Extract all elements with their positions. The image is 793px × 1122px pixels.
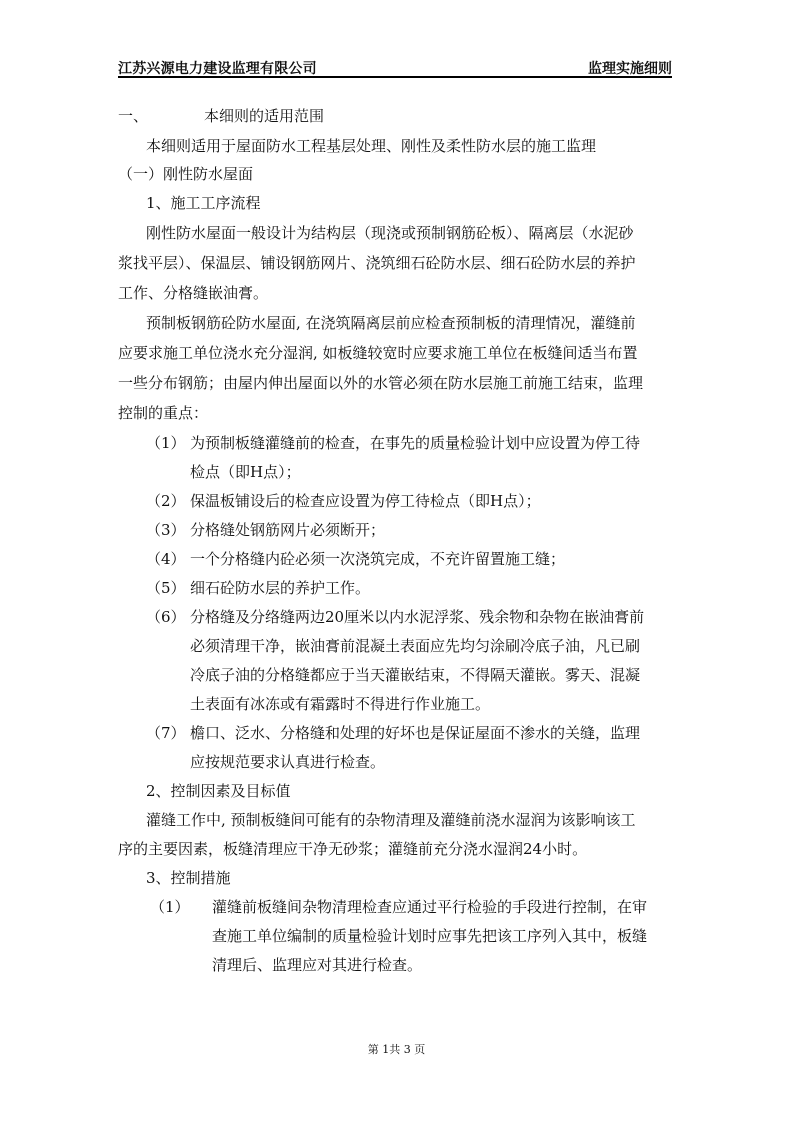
paragraph-line: 一些分布钢筋；由屋内伸出屋面以外的水管必须在防水层施工前施工结束，监理 [118,373,643,393]
paragraph-line: 预制板钢筋砼防水屋面, 在浇筑隔离层前应检查预制板的清理情况，灌缝前 [146,313,636,333]
list-number: （5） [146,578,186,598]
paragraph-line: 刚性防水屋面一般设计为结构层（现浇或预制钢筋砼板）、隔离层（水泥砂 [146,223,634,243]
paragraph-line: 浆找平层）、保温层、铺设钢筋网片、浇筑细石砼防水层、细石砼防水层的养护 [118,253,636,273]
list-item-line: 檐口、泛水、分格缝和处理的好坏也是保证屋面不渗水的关缝，监理 [190,723,640,743]
list-item-line: 一个分格缝内砼必须一次浇筑完成，不充许留置施工缝； [190,549,565,569]
list-item-line: 分格缝处钢筋网片必须断开； [190,520,385,540]
page-number: 第 1共 3 页 [0,1041,793,1057]
list-item-line: 应按规范要求认真进行检查。 [190,752,385,772]
heading-3: 3、控制措施 [146,868,231,888]
list-number: （6） [146,607,186,627]
document-type: 监理实施细则 [588,58,672,78]
paragraph-line: 序的主要因素，板缝清理应干净无砂浆；灌缝前充分浇水湿润24小时。 [118,839,587,859]
measure-line: 灌缝前板缝间杂物清理检查应通过平行检验的手段进行控制，在审 [212,897,647,917]
list-item-line: 冷底子油的分格缝都应于当天灌嵌结束，不得隔天灌嵌。雾天、混凝 [190,665,640,685]
list-item-line: 检点（即H点）； [190,462,301,482]
paragraph-line: 控制的重点： [118,403,208,423]
list-item-line: 保温板铺设后的检查应设置为停工待检点（即H点）； [190,491,541,511]
list-number: （7） [146,723,186,743]
list-number: （3） [146,520,186,540]
subsection-title: （一）刚性防水屋面 [118,164,253,184]
heading-1: 1、施工工序流程 [146,193,261,213]
list-item-line: 为预制板缝灌缝前的检查，在事先的质量检验计划中应设置为停工待 [190,433,640,453]
list-item-line: 必须清理干净，嵌油膏前混凝土表面应先均匀涂刷冷底子油，凡已刷 [190,636,640,656]
section-title: 本细则的适用范围 [204,106,324,126]
list-number: （2） [146,491,186,511]
section-number: 一、 [118,106,148,126]
list-item-line: 细石砼防水层的养护工作。 [190,578,370,598]
list-item-line: 土表面有冰冻或有霜露时不得进行作业施工。 [190,694,490,714]
heading-2: 2、控制因素及目标值 [146,781,291,801]
measure-line: 查施工单位编制的质量检验计划时应事先把该工序列入其中，板缝 [212,926,647,946]
paragraph-line: 应要求施工单位浇水充分湿润, 如板缝较宽时应要求施工单位在板缝间适当布置 [118,343,638,363]
list-number: （4） [146,549,186,569]
paragraph-line: 灌缝工作中, 预制板缝间可能有的杂物清理及灌缝前浇水湿润为该影响该工 [146,810,636,830]
list-item-line: 分格缝及分络缝两边20厘米以内水泥浮浆、残余物和杂物在嵌油膏前 [190,607,644,627]
company-name: 江苏兴源电力建设监理有限公司 [118,58,317,78]
list-number: （1） [146,433,186,453]
page-header: 江苏兴源电力建设监理有限公司 监理实施细则 [118,58,672,78]
scope-paragraph: 本细则适用于屋面防水工程基层处理、刚性及柔性防水层的施工监理 [146,136,596,156]
list-number: （1） [150,897,190,917]
measure-line: 清理后、监理应对其进行检查。 [212,955,422,975]
paragraph-line: 工作、分格缝嵌油膏。 [118,283,268,303]
